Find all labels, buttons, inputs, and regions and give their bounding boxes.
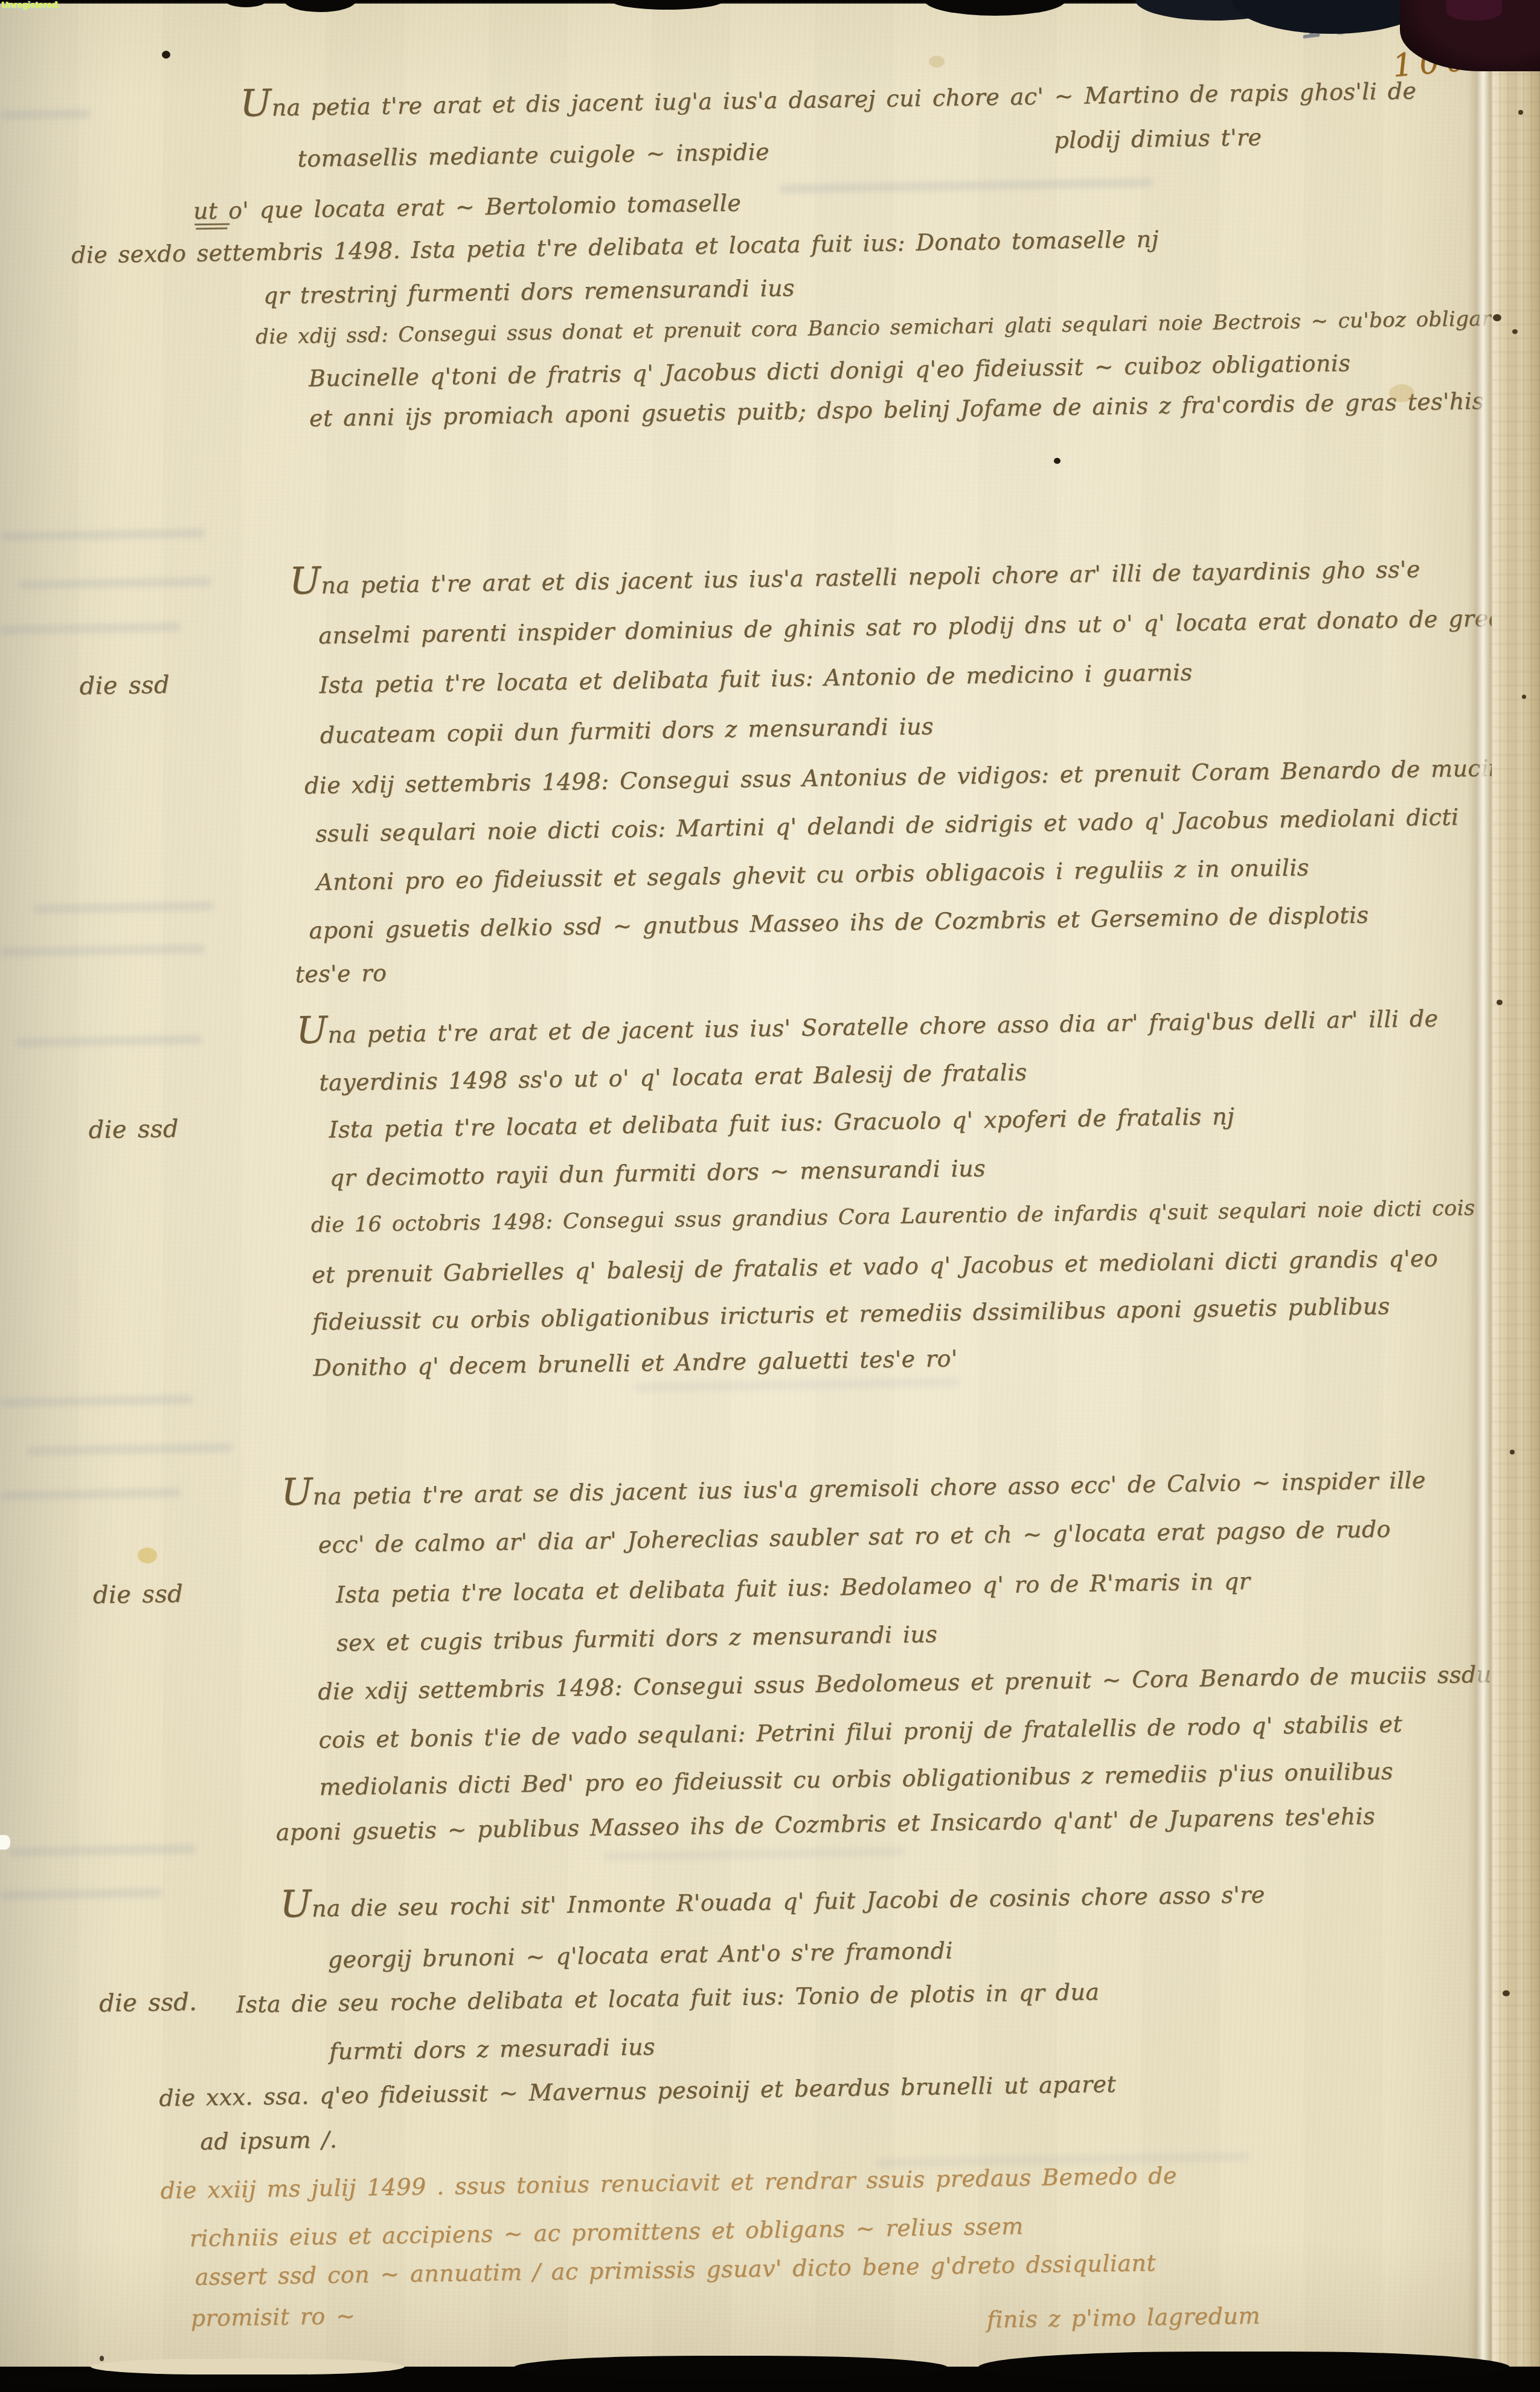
handwritten-line: Ista petia t're locata et delibata fuit … (336, 1569, 1251, 1608)
handwritten-line: ssuli sequlari noie dicti cois: Martini … (315, 804, 1459, 847)
handwritten-line: Donitho q' decem brunelli et Andre galue… (313, 1346, 958, 1381)
bottom-edge-shadow (978, 2352, 1510, 2383)
handwritten-line: die xxiij ms julij 1499 . ssus tonius re… (160, 2163, 1177, 2204)
scan-white-artifact (0, 1835, 10, 1850)
handwritten-line: cois et bonis t'ie de vado sequlani: Pet… (318, 1711, 1402, 1753)
handwritten-line: die 16 octobris 1498: Consegui ssus gran… (311, 1197, 1475, 1238)
handwritten-line: Una petia t're arat et dis jacent iug'a … (240, 76, 1417, 121)
handwritten-line: assert ssd con ~ annuatim / ac primissis… (194, 2250, 1156, 2290)
handwritten-line: richniis eius et accipiens ~ ac promitte… (189, 2213, 1023, 2251)
handwritten-line: ut o' que locata erat ~ Bertolomio tomas… (193, 190, 742, 224)
margin-note: die ssd. (99, 1989, 197, 2017)
binding-cloth-sliver (1446, 0, 1502, 21)
handwritten-line: furmti dors z mesuradi ius (329, 2034, 655, 2065)
handwritten-line: promisit ro ~ (190, 2303, 355, 2332)
margin-note: die ssd (88, 1116, 179, 1144)
handwritten-line: Ista die seu roche delibata et locata fu… (236, 1979, 1100, 2017)
handwritten-line: aponi gsuetis delkio ssd ~ gnutbus Masse… (309, 902, 1368, 944)
ink-blot (162, 51, 170, 59)
handwritten-line: sex et cugis tribus furmiti dors z mensu… (336, 1621, 938, 1656)
handwritten-line: Ista petia t're locata et delibata fuit … (319, 660, 1192, 698)
edge-speck (1503, 1990, 1510, 1996)
handwritten-line: tomasellis mediante cuigole ~ inspidie (297, 139, 769, 172)
handwritten-line: qr decimotto rayii dun furmiti dors ~ me… (329, 1156, 986, 1191)
handwritten-line: ad ipsum /. (200, 2127, 338, 2155)
handwritten-line: Una petia t're arat et de jacent ius ius… (296, 1004, 1439, 1049)
handwritten-line: georgij brunoni ~ q'locata erat Ant'o s'… (328, 1938, 953, 1973)
handwritten-line: die xdij ssd: Consegui ssus donat et pre… (255, 307, 1522, 349)
handwritten-line: Bucinelle q'toni de fratris q' Jacobus d… (309, 350, 1351, 391)
edge-speck (1510, 1450, 1515, 1455)
handwritten-line: ducateam copii dun furmiti dors z mensur… (320, 713, 934, 748)
handwritten-line: aponi gsuetis ~ publibus Masseo ihs de C… (275, 1804, 1375, 1846)
handwritten-line: die xdij settembris 1498: Consegui ssus … (304, 755, 1509, 799)
handwritten-line: tayerdinis 1498 ss'o ut o' q' locata era… (319, 1059, 1027, 1096)
handwritten-line: mediolanis dicti Bed' pro eo fideiussit … (319, 1758, 1393, 1800)
edge-speck (1497, 1000, 1503, 1005)
stain (138, 1548, 157, 1563)
handwriting-layer: Una petia t're arat et dis jacent iug'a … (0, 0, 1540, 2392)
handwritten-line: die xdij settembris 1498: Consegui ssus … (318, 1661, 1507, 1705)
stain (929, 56, 945, 68)
handwritten-line: Una petia t're arat et dis jacent ius iu… (289, 555, 1420, 599)
handwritten-line: Ista petia t're locata et delibata fuit … (329, 1104, 1234, 1143)
bottom-edge-shadow (513, 2356, 948, 2380)
edge-speck (1493, 314, 1501, 321)
handwritten-line: plodij dimius t're (1054, 124, 1262, 153)
book-fore-edge (1492, 0, 1540, 2368)
ut-underline (196, 227, 227, 229)
edge-speck (1512, 329, 1518, 334)
margin-note: die ssd (93, 1581, 184, 1609)
handwritten-line: tes'e ro (295, 960, 387, 988)
paper-deckle-edge (91, 2359, 405, 2374)
edge-speck (1522, 695, 1526, 699)
handwritten-line: qr trestrinj furmenti dors remensurandi … (263, 275, 795, 309)
scanner-watermark: Unregistered. (2, 1, 60, 11)
handwritten-line: et prenuit Gabrielles q' balesij de frat… (312, 1246, 1439, 1288)
handwritten-line: Una petia t're arat se dis jacent ius iu… (281, 1465, 1426, 1510)
handwritten-line: Una die seu rochi sit' Inmonte R'ouada q… (280, 1880, 1265, 1922)
handwritten-line: Antoni pro eo fideiussit et segals ghevi… (316, 855, 1309, 895)
stain (1389, 384, 1414, 402)
handwritten-line: et anni ijs promiach aponi gsuetis puitb… (309, 388, 1484, 431)
manuscript-scan: Una petia t're arat et dis jacent iug'a … (0, 0, 1540, 2392)
handwritten-line: fideiussit cu orbis obligationibus irict… (312, 1293, 1390, 1335)
ink-blot (100, 2356, 104, 2361)
handwritten-line: finis z p'imo lagredum (987, 2303, 1260, 2332)
edge-speck (1518, 110, 1523, 115)
handwritten-line: die sexdo settembris 1498. Ista petia t'… (71, 227, 1159, 268)
handwritten-line: die xxx. ssa. q'eo fideiussit ~ Mavernus… (159, 2071, 1116, 2111)
handwritten-line: ecc' de calmo ar' dia ar' Johereclias sa… (318, 1516, 1391, 1558)
ink-blot (1054, 458, 1060, 464)
handwritten-line: anselmi parenti inspider dominius de ghi… (318, 605, 1521, 649)
margin-note: die ssd (79, 672, 170, 700)
